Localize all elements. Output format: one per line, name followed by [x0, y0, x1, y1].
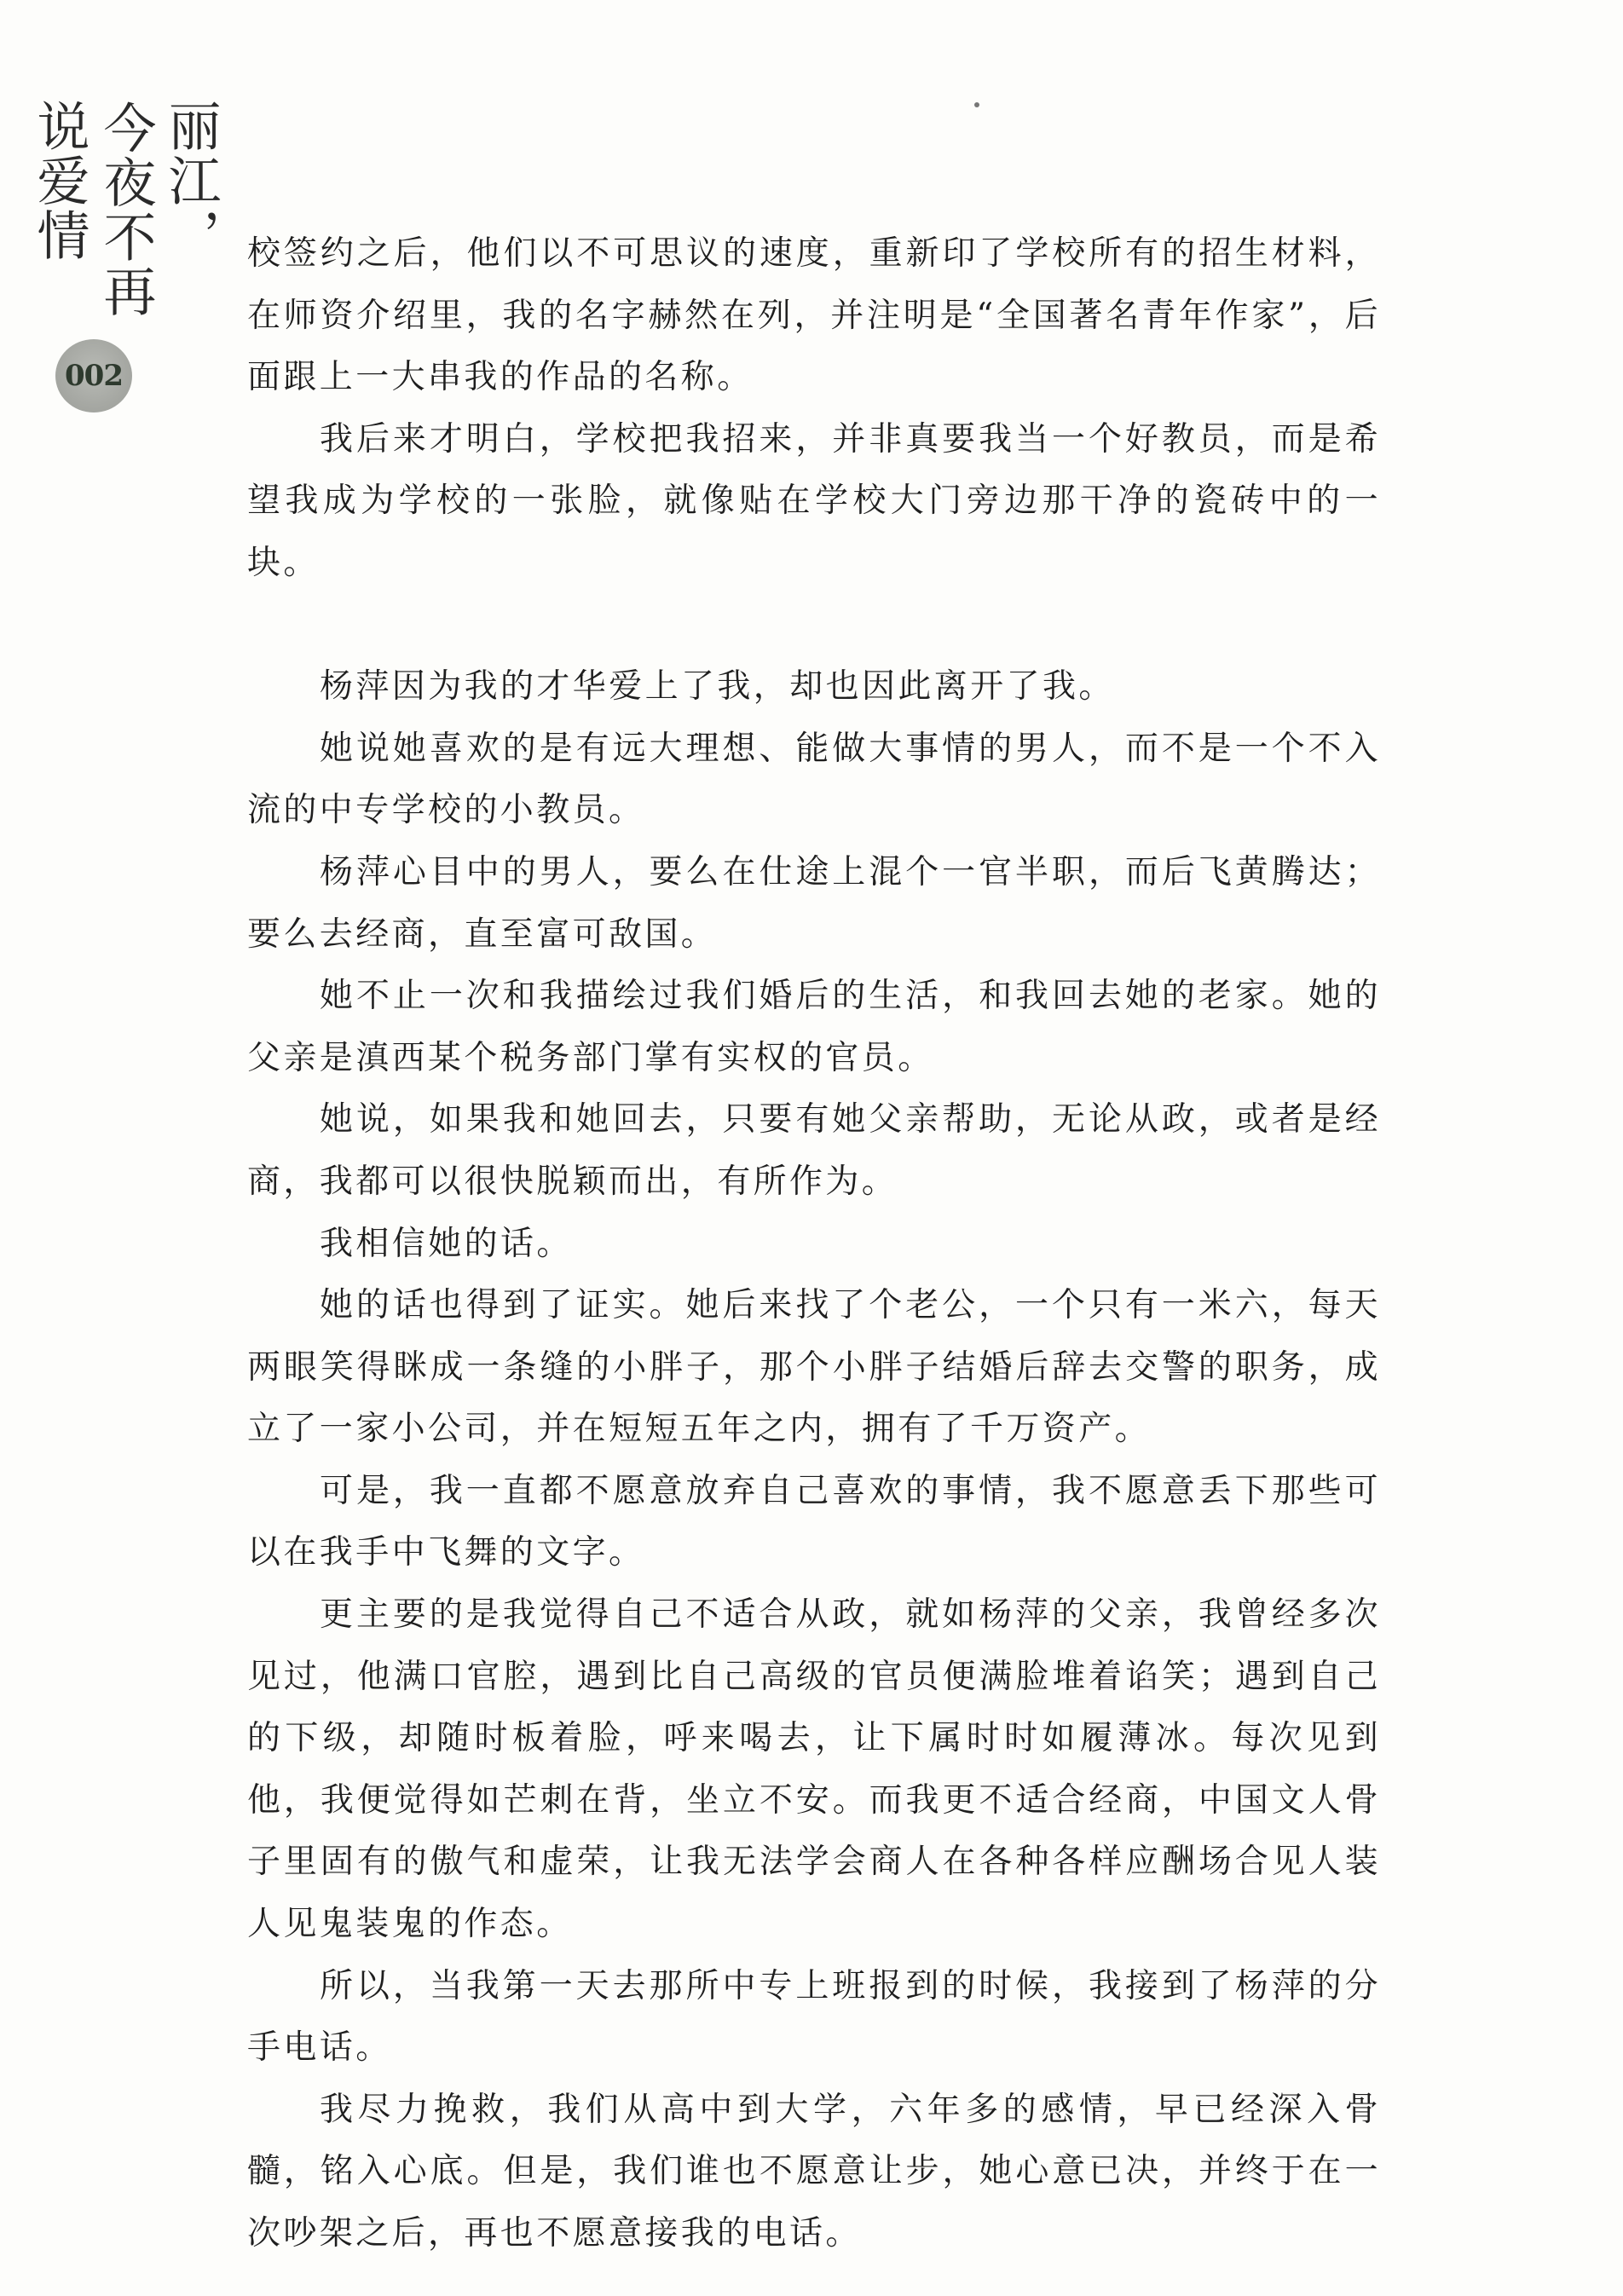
title-column-2: 今夜不再: [99, 101, 152, 319]
paragraph: 杨萍心目中的男人，要么在仕途上混个一官半职，而后飞黄腾达；要么去经商，直至富可敌…: [247, 842, 1381, 966]
page-number-badge: 002: [55, 339, 132, 412]
paragraph: 我尽力挽救，我们从高中到大学，六年多的感情，早已经深入骨髓，铭入心底。但是，我们…: [247, 2080, 1381, 2265]
book-page: 丽江， 今夜不再 说爱情 002 校签约之后，他们以不可思议的速度，重新印了学校…: [0, 0, 1623, 2296]
running-title: 丽江， 今夜不再 说爱情: [29, 95, 225, 343]
paragraph: 可是，我一直都不愿意放弃自己喜欢的事情，我不愿意丢下那些可以在我手中飞舞的文字。: [247, 1461, 1381, 1584]
scan-speck: [974, 102, 979, 107]
paragraph: 她的话也得到了证实。她后来找了个老公，一个只有一米六，每天两眼笑得眯成一条缝的小…: [247, 1275, 1381, 1461]
paragraph: 更主要的是我觉得自己不适合从政，就如杨萍的父亲，我曾经多次见过，他满口官腔，遇到…: [247, 1584, 1381, 1956]
paragraph: 我后来才明白，学校把我招来，并非真要我当一个好教员，而是希望我成为学校的一张脸，…: [247, 409, 1381, 595]
title-column-1: 丽江，: [164, 99, 217, 262]
paragraph: 她不止一次和我描绘过我们婚后的生活，和我回去她的老家。她的父亲是滇西某个税务部门…: [247, 966, 1381, 1089]
paragraph: 我相信她的话。: [247, 1214, 1381, 1276]
paragraph: 她说，如果我和她回去，只要有她父亲帮助，无论从政，或者是经商，我都可以很快脱颖而…: [247, 1089, 1381, 1213]
body-text: 校签约之后，他们以不可思议的速度，重新印了学校所有的招生材料，在师资介绍里，我的…: [247, 223, 1381, 2265]
section-break: [247, 595, 1381, 657]
page-number: 002: [65, 359, 123, 393]
paragraph: 她说她喜欢的是有远大理想、能做大事情的男人，而不是一个不入流的中专学校的小教员。: [247, 718, 1381, 842]
title-column-3: 说爱情: [32, 99, 85, 262]
paragraph: 校签约之后，他们以不可思议的速度，重新印了学校所有的招生材料，在师资介绍里，我的…: [247, 223, 1381, 409]
paragraph: 所以，当我第一天去那所中专上班报到的时候，我接到了杨萍的分手电话。: [247, 1956, 1381, 2080]
paragraph: 杨萍因为我的才华爱上了我，却也因此离开了我。: [247, 656, 1381, 718]
